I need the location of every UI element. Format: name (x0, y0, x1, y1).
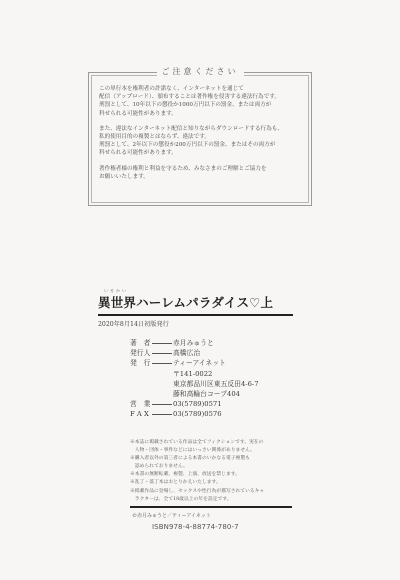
notice-paragraph-1: この単行本を権利者の許諾なく、インターネットを通じて 配信（アップロード）、頒布… (99, 85, 303, 118)
address-line-2: 藤和高輪台コープ404 (130, 389, 259, 399)
notice-title: ご注意ください (89, 66, 311, 77)
credit-publisher-person: 発行人高橋広治 (130, 348, 259, 358)
notice-body: この単行本を権利者の許諾なく、インターネットを通じて 配信（アップロード）、頒布… (99, 85, 303, 188)
publication-date: 2020年8月14日初版発行 (98, 319, 293, 328)
legal-notes: ※本誌に掲載されている作品は全てフィクションです。実在の 人物・団体・事件などに… (130, 439, 295, 504)
credits: 著 者赤月みゅうと 発行人高橋広治 発 行ティーアイネット 〒141-0022 … (130, 338, 259, 420)
colophon-header: いせかい 異世界ハーレムパラダイス♡上 2020年8月14日初版発行 (98, 288, 293, 328)
postal-code: 〒141-0022 (130, 369, 259, 379)
contact-sales: 営 業03(5789)0571 (130, 399, 259, 409)
dash (152, 353, 172, 354)
contact-fax: F A X03(5789)0576 (130, 409, 259, 419)
credit-publisher: 発 行ティーアイネット (130, 358, 259, 368)
dash (152, 414, 172, 415)
credit-author: 著 者赤月みゅうと (130, 338, 259, 348)
dash (152, 404, 172, 405)
notice-paragraph-2: また、違法なインターネット配信と知りながらダウンロードする行為も、 私的使用目的… (99, 125, 303, 158)
copyright: ©赤月みゅうと／ティーアイネット (132, 512, 211, 519)
notice-paragraph-3: 著作権者様の権利と利益を守るため、みなさまのご理解とご協力を お願いいたします。 (99, 165, 303, 181)
notice-box: ご注意ください この単行本を権利者の許諾なく、インターネットを通じて 配信（アッ… (88, 72, 312, 206)
dash (152, 343, 172, 344)
title-rule (98, 314, 293, 316)
book-title: 異世界ハーレムパラダイス♡上 (98, 293, 293, 311)
address-line-1: 東京都品川区東五反田4-6-7 (130, 379, 259, 389)
isbn: ISBN978-4-88774-780-7 (152, 523, 239, 531)
bottom-rule (130, 506, 292, 508)
dash (152, 363, 172, 364)
